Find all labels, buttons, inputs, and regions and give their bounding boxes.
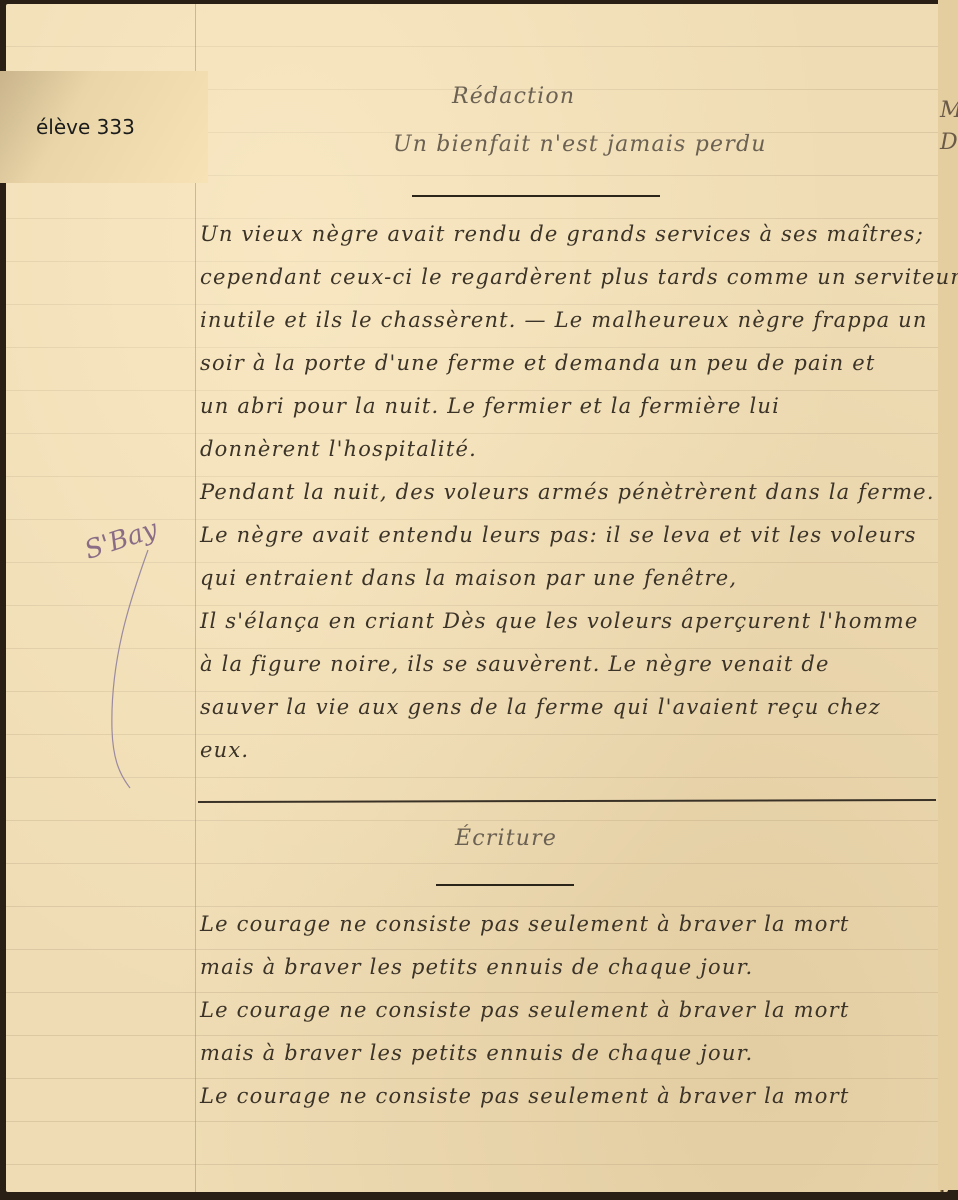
text-line: donnèrent l'hospitalité. (200, 437, 477, 461)
facing-page-letter: M (940, 98, 958, 123)
text-line: inutile et ils le chassèrent. — Le malhe… (200, 308, 928, 332)
title-underline (412, 195, 660, 197)
text-line: Il s'élança en criant Dès que les voleur… (200, 609, 918, 633)
text-line: Le courage ne consiste pas seulement à b… (200, 912, 849, 936)
text-line: Le courage ne consiste pas seulement à b… (200, 1084, 849, 1108)
text-line: Un vieux nègre avait rendu de grands ser… (200, 222, 924, 246)
text-line: soir à la porte d'une ferme et demanda u… (200, 351, 876, 375)
text-line: eux. (200, 738, 249, 762)
ecriture-underline (436, 884, 574, 886)
ecriture-heading: Écriture (455, 826, 557, 851)
text-line: Le courage ne consiste pas seulement à b… (200, 998, 849, 1022)
text-line: un abri pour la nuit. Le fermier et la f… (200, 394, 780, 418)
student-label-text: élève 333 (36, 115, 135, 139)
text-line: à la figure noire, ils se sauvèrent. Le … (200, 652, 830, 676)
facing-page-letter: D (940, 130, 958, 155)
text-line: mais à braver les petits ennuis de chaqu… (200, 955, 753, 979)
text-line: qui entraient dans la maison par une fen… (200, 566, 737, 590)
text-line: cependant ceux-ci le regardèrent plus ta… (200, 265, 958, 289)
redaction-heading: Rédaction (452, 84, 575, 109)
redaction-title: Un bienfait n'est jamais perdu (393, 132, 767, 157)
margin-pencil-stroke (100, 540, 160, 790)
facing-page-edge: M D (938, 0, 958, 1190)
text-line: Pendant la nuit, des voleurs armés pénèt… (200, 480, 935, 504)
text-line: sauver la vie aux gens de la ferme qui l… (200, 695, 881, 719)
text-line: Le nègre avait entendu leurs pas: il se … (200, 523, 917, 547)
text-line: mais à braver les petits ennuis de chaqu… (200, 1041, 753, 1065)
student-label: élève 333 (0, 71, 208, 183)
